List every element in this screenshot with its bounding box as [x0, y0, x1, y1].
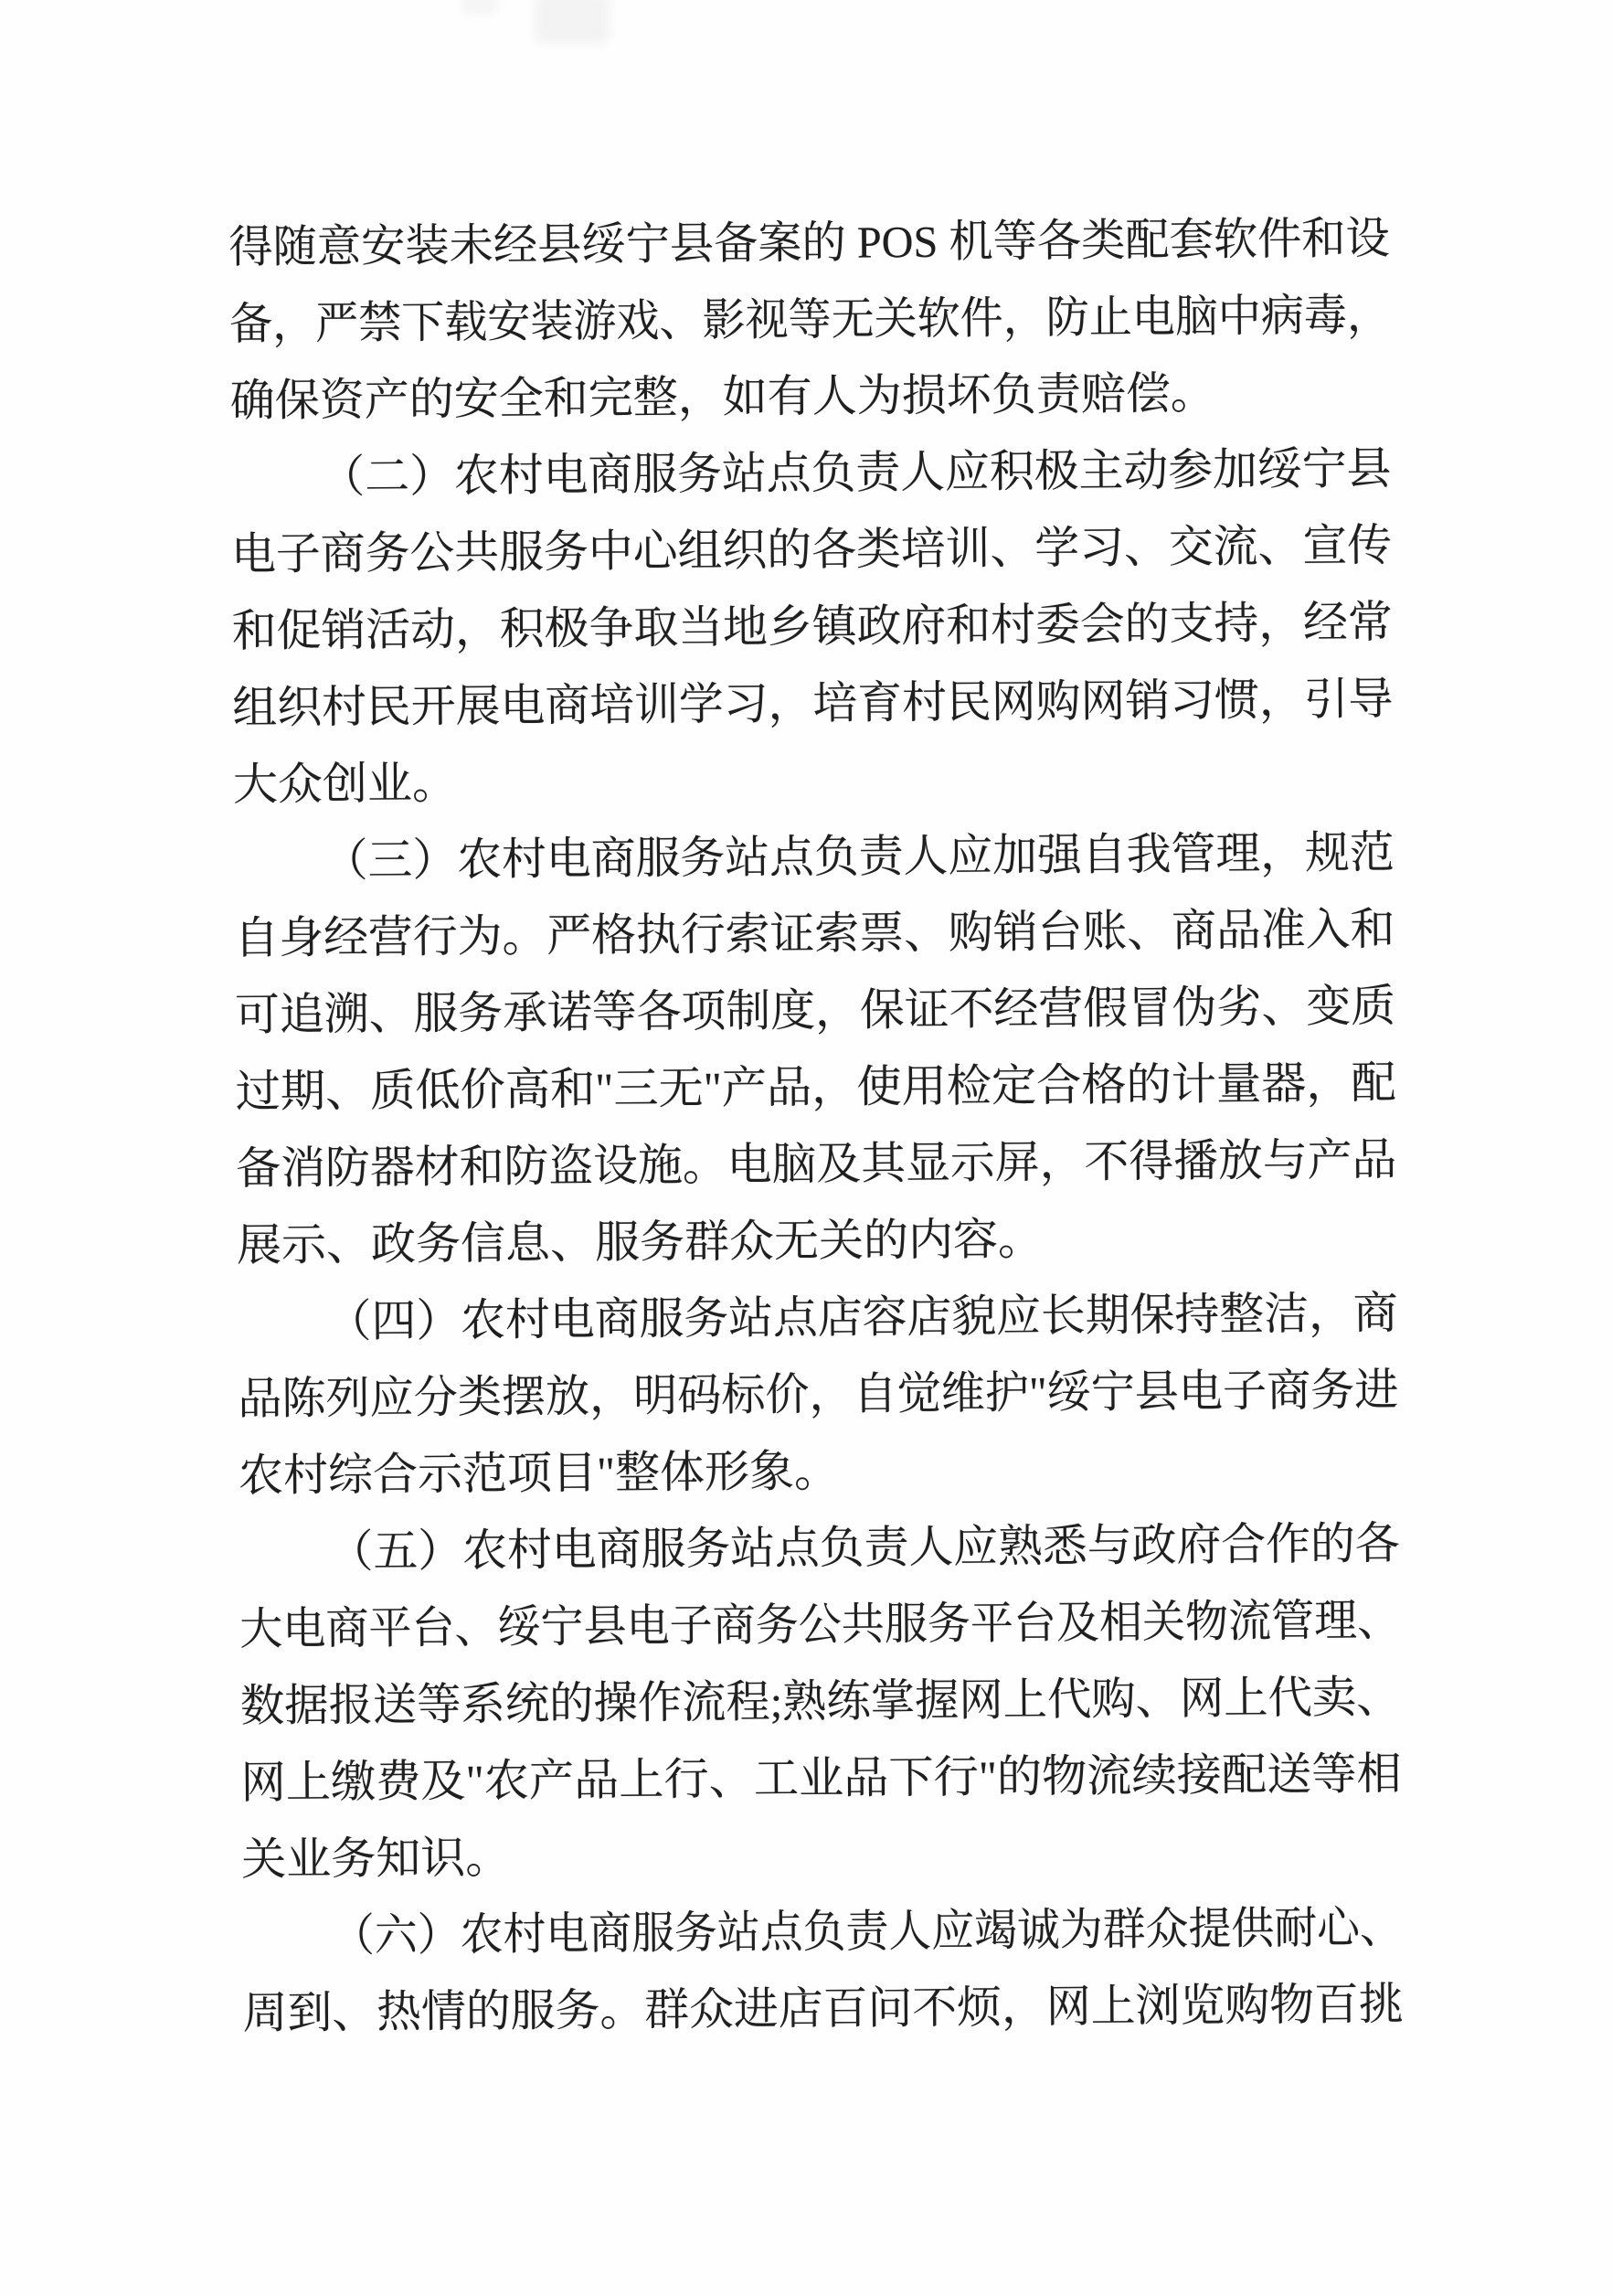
- scanner-smudge-artifact: [461, 0, 498, 15]
- text-line: 组织村民开展电商培训学习，培育村民网购网销习惯，引导: [232, 661, 1394, 747]
- text-line: （四）农村电商服务站点店容店貌应长期保持整洁，商: [237, 1275, 1398, 1361]
- text-line: （五）农村电商服务站点负责人应熟悉与政府合作的各: [239, 1505, 1400, 1591]
- text-line: 自身经营行为。严格执行索证索票、购销台账、商品准入和: [234, 891, 1395, 977]
- document-body: 得随意安装未经县绥宁县备案的 POS 机等各类配套软件和设备，严禁下载安装游戏、…: [228, 200, 1404, 2052]
- text-line: 品陈列应分类摆放，明码标价，自觉维护"绥宁县电子商务进: [238, 1352, 1399, 1438]
- text-line: （六）农村电商服务站点负责人应竭诚为群众提供耐心、: [242, 1889, 1404, 1975]
- text-line: 得随意安装未经县绥宁县备案的 POS 机等各类配套软件和设: [228, 200, 1390, 286]
- text-line: 展示、政务信息、服务群众无关的内容。: [237, 1198, 1398, 1284]
- text-line: 大众创业。: [233, 738, 1395, 824]
- text-line: 备消防器材和防盗设施。电脑及其显示屏，不得播放与产品: [236, 1121, 1397, 1207]
- text-line: 过期、质低价高和"三无"产品，使用检定合格的计量器，配: [235, 1045, 1396, 1131]
- text-line: 电子商务公共服务中心组织的各类培训、学习、交流、宣传: [231, 507, 1393, 593]
- text-line: 周到、热情的服务。群众进店百问不烦，网上浏览购物百挑: [242, 1966, 1404, 2052]
- text-line: 农村综合示范项目"整体形象。: [239, 1429, 1400, 1515]
- text-line: 确保资产的安全和完整，如有人为损坏负责赔偿。: [229, 354, 1391, 440]
- text-line: （二）农村电商服务站点负责人应积极主动参加绥宁县: [230, 430, 1392, 516]
- text-line: 可追溯、服务承诺等各项制度，保证不经营假冒伪劣、变质: [235, 968, 1396, 1054]
- text-line: 备，严禁下载安装游戏、影视等无关软件，防止电脑中病毒，: [229, 277, 1391, 363]
- text-line: 网上缴费及"农产品上行、工业品下行"的物流续接配送等相: [240, 1736, 1402, 1822]
- text-line: （三）农村电商服务站点负责人应加强自我管理，规范: [233, 814, 1395, 900]
- scanned-document-page: 得随意安装未经县绥宁县备案的 POS 机等各类配套软件和设备，严禁下载安装游戏、…: [0, 0, 1612, 2296]
- text-line: 和促销活动，积极争取当地乡镇政府和村委会的支持，经常: [231, 584, 1393, 670]
- text-line: 关业务知识。: [241, 1812, 1403, 1898]
- text-line: 数据报送等系统的操作流程;熟练掌握网上代购、网上代卖、: [240, 1659, 1402, 1745]
- text-line: 大电商平台、绥宁县电子商务公共服务平台及相关物流管理、: [239, 1582, 1401, 1668]
- scanner-smudge-artifact: [535, 0, 610, 44]
